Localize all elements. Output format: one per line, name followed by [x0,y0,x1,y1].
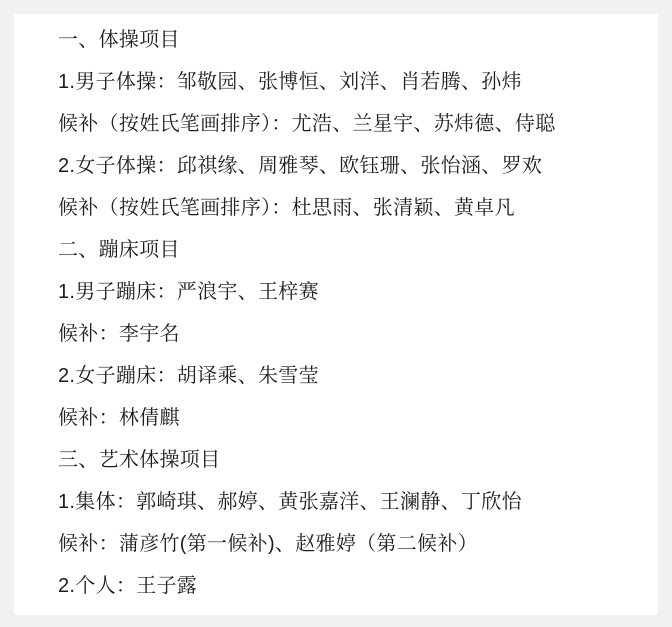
section-heading: 二、蹦床项目 [58,229,630,271]
document-lines-list: 一、体操项目1.男子体操：邹敬园、张博恒、刘洋、肖若腾、孙炜候补（按姓氏笔画排序… [58,19,630,607]
section-heading: 一、体操项目 [58,19,630,61]
roster-line: 候补（按姓氏笔画排序）：尤浩、兰星宇、苏炜德、侍聪 [58,103,630,145]
roster-line: 1.集体：郭崎琪、郝婷、黄张嘉洋、王澜静、丁欣怡 [58,481,630,523]
roster-line: 2.个人：王子露 [58,565,630,607]
roster-line: 候补：蒲彦竹(第一候补)、赵雅婷（第二候补） [58,523,630,565]
roster-line: 候补：林倩麒 [58,397,630,439]
roster-line: 1.男子蹦床：严浪宇、王梓赛 [58,271,630,313]
document-card: 一、体操项目1.男子体操：邹敬园、张博恒、刘洋、肖若腾、孙炜候补（按姓氏笔画排序… [14,14,658,615]
roster-line: 候补：李宇名 [58,313,630,355]
section-heading: 三、艺术体操项目 [58,439,630,481]
document-content: 一、体操项目1.男子体操：邹敬园、张博恒、刘洋、肖若腾、孙炜候补（按姓氏笔画排序… [14,14,658,607]
roster-line: 候补（按姓氏笔画排序）：杜思雨、张清颖、黄卓凡 [58,187,630,229]
roster-line: 2.女子体操：邱祺缘、周雅琴、欧钰珊、张怡涵、罗欢 [58,145,630,187]
roster-line: 1.男子体操：邹敬园、张博恒、刘洋、肖若腾、孙炜 [58,61,630,103]
roster-line: 2.女子蹦床：胡译乘、朱雪莹 [58,355,630,397]
